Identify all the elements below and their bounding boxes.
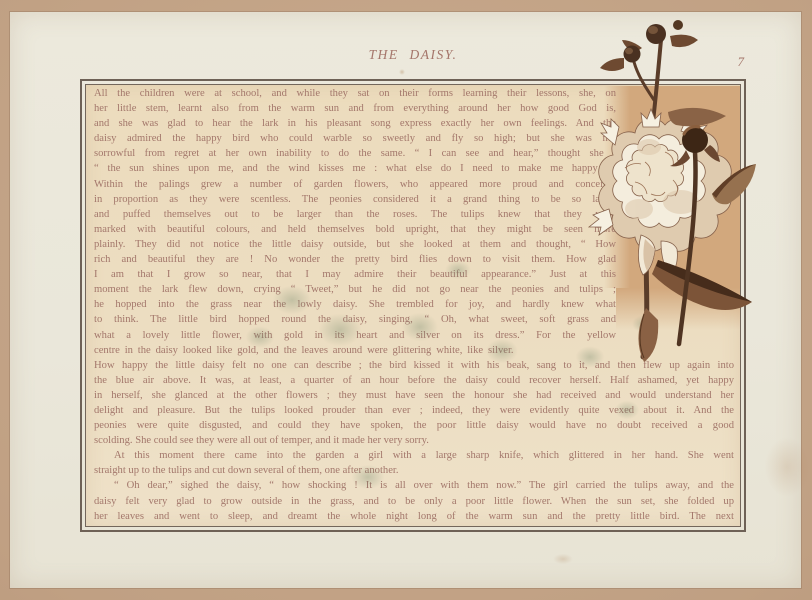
text-line: her leaves and went to sleep, and dreamt…: [94, 509, 734, 524]
text-line: I am that I grow so near, that I may adm…: [94, 267, 616, 282]
text-line: All the children were at school, and whi…: [94, 86, 616, 101]
text-line: Within the palings grew a number of gard…: [94, 177, 616, 192]
page-sheet: THE DAISY. 7 All the children were at sc…: [10, 12, 801, 588]
text-line: in herself, she glanced at the other flo…: [94, 388, 734, 403]
text-line: marked with beautiful colours, and held …: [94, 222, 616, 237]
text-line: moment the lark flew down, crying “ Twee…: [94, 282, 616, 297]
text-line: daisy felt very glad to grow outside in …: [94, 494, 734, 509]
text-line: At this moment there came into the garde…: [94, 448, 734, 463]
text-line: scolding. She could see they were all ou…: [94, 433, 734, 448]
text-line: to think. The little bird hopped round t…: [94, 312, 616, 327]
text-line: “ Oh dear,” sighed the daisy, “ how shoc…: [94, 478, 734, 493]
text-line: plainly. They did not notice the little …: [94, 237, 616, 252]
peony-bloom: [589, 109, 731, 251]
text-line: and puffed themselves out to be larger t…: [94, 207, 616, 222]
text-line: straight up to the tulips and cut down s…: [94, 463, 734, 478]
text-line: rich and beautiful they are ! No wonder …: [94, 252, 616, 267]
foxing-spot: [398, 68, 406, 76]
peony-illustration: [580, 12, 785, 372]
text-line: and she was glad to hear the lark in his…: [94, 116, 616, 131]
text-line: in proportion as they were scentless. Th…: [94, 192, 616, 207]
text-line: “ the sun shines upon me, and the wind k…: [94, 161, 616, 176]
text-line: delight and pleasure. But the tulips loo…: [94, 403, 734, 418]
book-page-scan: THE DAISY. 7 All the children were at sc…: [0, 0, 812, 600]
top-buds: [600, 20, 698, 71]
foxing-spot: [757, 427, 812, 507]
text-line: he hopped into the grass near the lowly …: [94, 297, 616, 312]
text-line: sorrowful from regret at her own inabili…: [94, 146, 616, 161]
text-line: peonies were quite disgusted, and could …: [94, 418, 734, 433]
text-line: daisy admired the happy bird who could w…: [94, 131, 616, 146]
text-line: centre in the daisy looked like gold, an…: [94, 343, 616, 358]
text-line: the blue air above. It was, at least, a …: [94, 373, 734, 388]
foxing-spot: [550, 552, 576, 566]
text-line: her little stem, learnt also from the wa…: [94, 101, 616, 116]
text-line: what a lovely little flower, with gold i…: [94, 328, 616, 343]
